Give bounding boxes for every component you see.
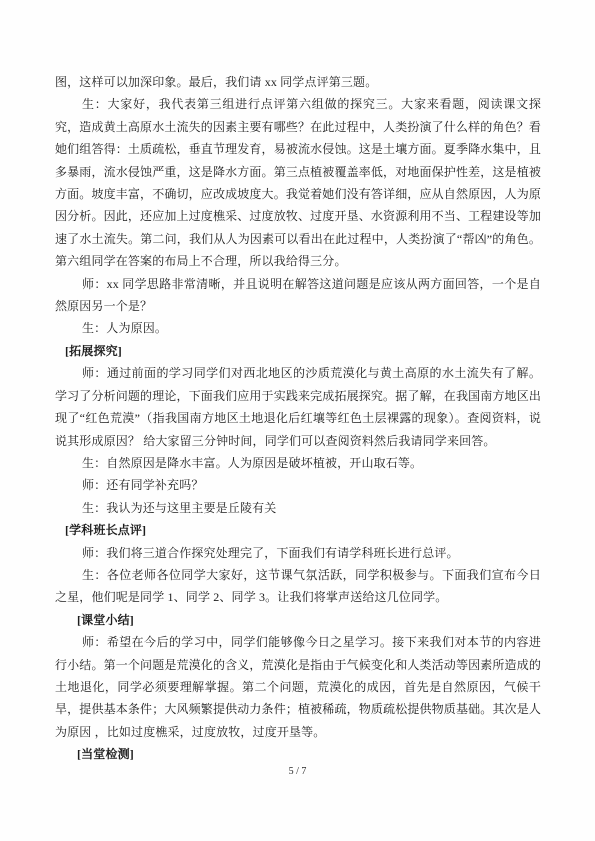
paragraph-continuation: 图，这样可以加深印象。最后，我们请 xx 同学点评第三题。 (55, 71, 541, 93)
section-header-in-class-test: [当堂检测] (55, 743, 541, 765)
paragraph-teacher: 师：还有同学补充吗？ (55, 474, 541, 496)
paragraph-student: 生：各位老师各位同学大家好，这节课气氛活跃，同学积极参与。下面我们宣布今日之星，… (55, 564, 541, 609)
section-header-class-monitor-review: [学科班长点评] (55, 519, 541, 541)
document-page: 图，这样可以加深印象。最后，我们请 xx 同学点评第三题。 生：大家好，我代表第… (0, 0, 595, 841)
document-body: 图，这样可以加深印象。最后，我们请 xx 同学点评第三题。 生：大家好，我代表第… (55, 71, 541, 766)
section-header-lesson-summary: [课堂小结] (55, 609, 541, 631)
paragraph-student: 生：自然原因是降水丰富。人为原因是破坏植被，开山取石等。 (55, 452, 541, 474)
paragraph-student: 生：我认为还与这里主要是丘陵有关 (55, 497, 541, 519)
paragraph-student: 生：人为原因。 (55, 317, 541, 339)
paragraph-student-comment: 生：大家好，我代表第三组进行点评第六组做的探究三。大家来看题，阅读课文探究，造成… (55, 93, 541, 272)
paragraph-teacher: 师：通过前面的学习同学们对西北地区的沙质荒漠化与黄土高原的水土流失有了解。学习了… (55, 362, 541, 452)
paragraph-teacher: 师：我们将三道合作探究处理完了，下面我们有请学科班长进行总评。 (55, 542, 541, 564)
paragraph-teacher: 师：xx 同学思路非常清晰，并且说明在解答这道问题是应该从两方面回答，一个是自然… (55, 273, 541, 318)
paragraph-teacher: 师：希望在今后的学习中，同学们能够像今日之星学习。接下来我们对本节的内容进行小结… (55, 631, 541, 743)
page-number: 5 / 7 (0, 766, 595, 777)
section-header-extended-inquiry: [拓展探究] (55, 340, 541, 362)
